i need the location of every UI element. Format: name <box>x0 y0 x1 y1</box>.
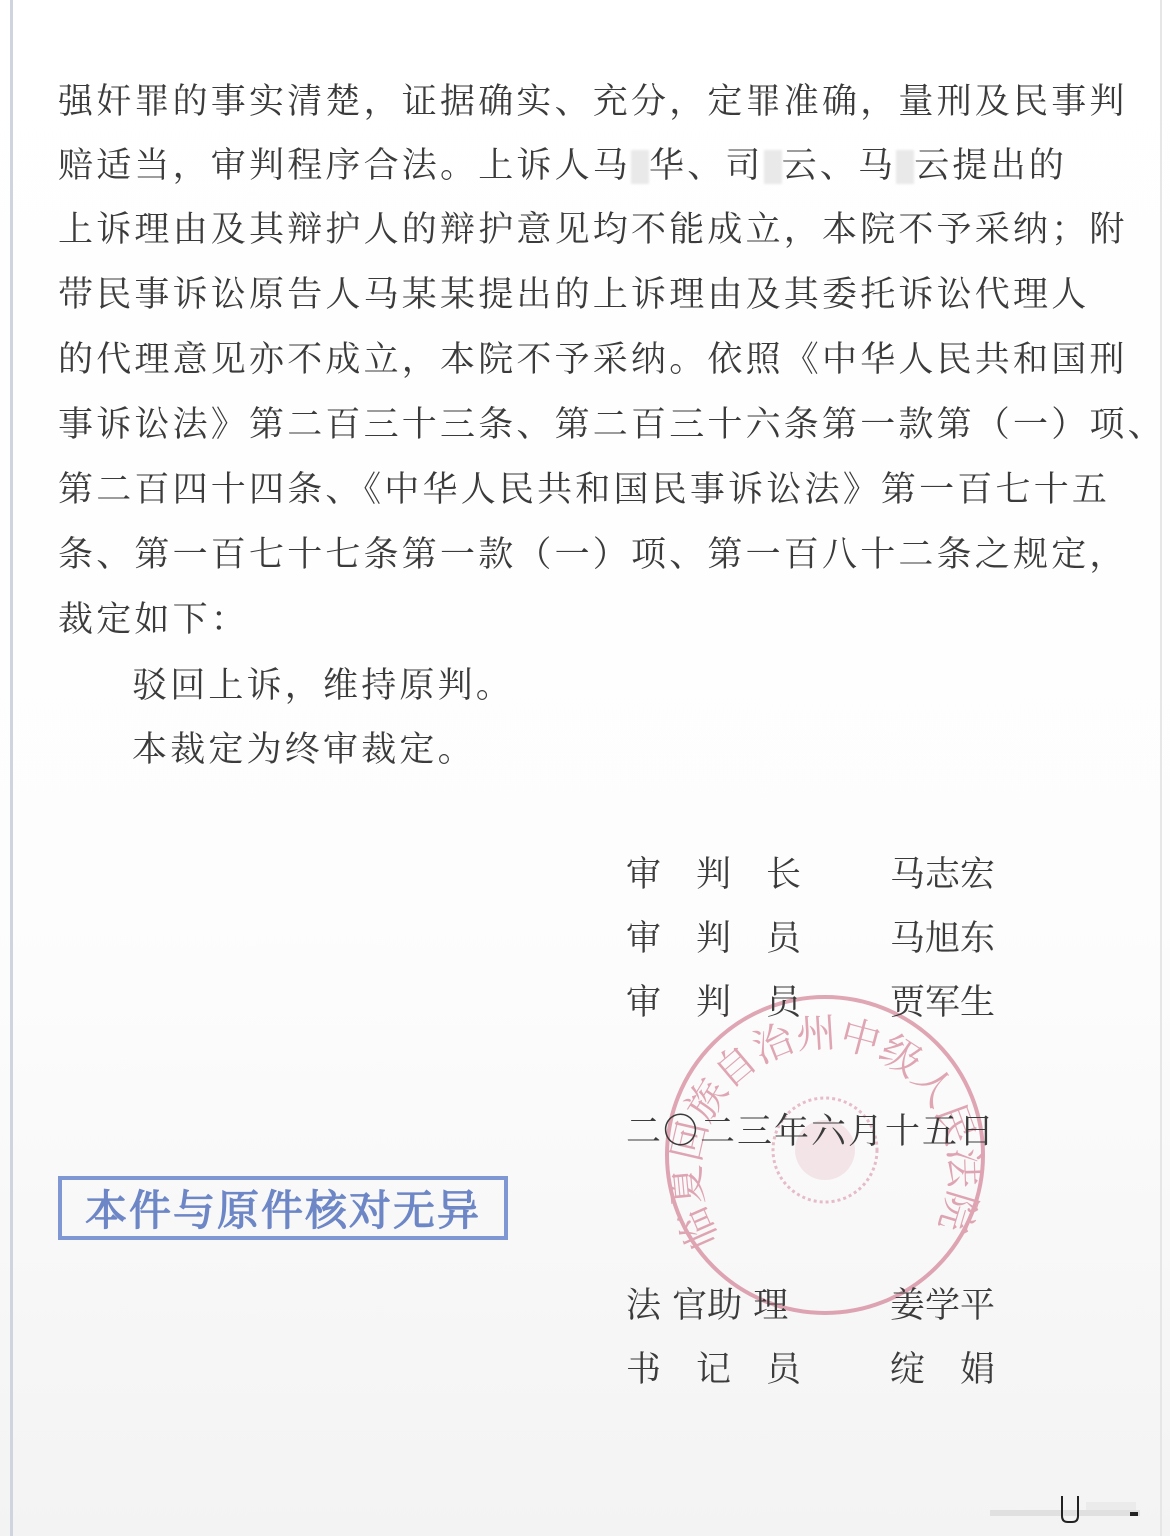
redacted-text <box>896 150 914 184</box>
body-line-2-d: 云提出的 <box>914 146 1067 186</box>
body-line-3: 上诉理由及其辩护人的辩护意见均不能成立，本院不予采纳；附 <box>58 210 1128 250</box>
body-line-2: 赔适当，审判程序合法。上诉人马华、司云、马云提出的 <box>58 146 1067 186</box>
redacted-text <box>764 150 782 184</box>
document-page: 强奸罪的事实清楚，证据确实、充分，定罪准确，量刑及民事判 赔适当，审判程序合法。… <box>0 0 1170 1536</box>
ruling-line-2: 本裁定为终审裁定。 <box>132 730 476 770</box>
sig-role-3: 审 判 员 <box>626 983 801 1023</box>
sig-role-2: 审 判 员 <box>626 919 801 959</box>
body-line-7: 第二百四十四条、《中华人民共和国民事诉讼法》第一百七十五 <box>58 470 1110 510</box>
body-line-2-b: 华、司 <box>649 146 764 186</box>
clerk-role-1: 法 官助 理 <box>626 1286 788 1326</box>
body-line-1: 强奸罪的事实清楚，证据确实、充分，定罪准确，量刑及民事判 <box>58 82 1128 122</box>
page-left-edge <box>10 0 13 1536</box>
body-line-8: 条、第一百七十七条第一款（一）项、第一百八十二条之规定， <box>58 535 1128 575</box>
body-line-4: 带民事诉讼原告人马某某提出的上诉理由及其委托诉讼代理人 <box>58 275 1089 315</box>
body-line-5: 的代理意见亦不成立，本院不予采纳。依照《中华人民共和国刑 <box>58 340 1128 380</box>
sig-name-1: 马志宏 <box>890 855 995 895</box>
body-line-6: 事诉讼法》第二百三十三条、第二百三十六条第一款第（一）项、 <box>58 405 1166 445</box>
page-right-edge <box>1160 0 1162 1536</box>
body-line-9: 裁定如下： <box>58 600 249 640</box>
judgment-date: 二〇二三年六月十五日 <box>626 1112 996 1152</box>
watermark-icon <box>990 1494 1140 1526</box>
ruling-line-1: 驳回上诉，维持原判。 <box>132 666 514 706</box>
court-seal-icon: 临夏回族自治州中级人民法院 <box>660 990 990 1320</box>
body-line-2-a: 赔适当，审判程序合法。上诉人马 <box>58 146 631 186</box>
sig-name-2: 马旭东 <box>890 919 995 959</box>
body-line-2-c: 云、马 <box>782 146 897 186</box>
redacted-text <box>631 150 649 184</box>
clerk-name-2: 绽 娟 <box>890 1350 995 1390</box>
clerk-name-1: 姜学平 <box>890 1286 995 1326</box>
clerk-role-2: 书 记 员 <box>626 1350 801 1390</box>
sig-name-3: 贾军生 <box>890 983 995 1023</box>
copy-verified-stamp: 本件与原件核对无异 <box>58 1176 508 1240</box>
sig-role-1: 审 判 长 <box>626 855 801 895</box>
